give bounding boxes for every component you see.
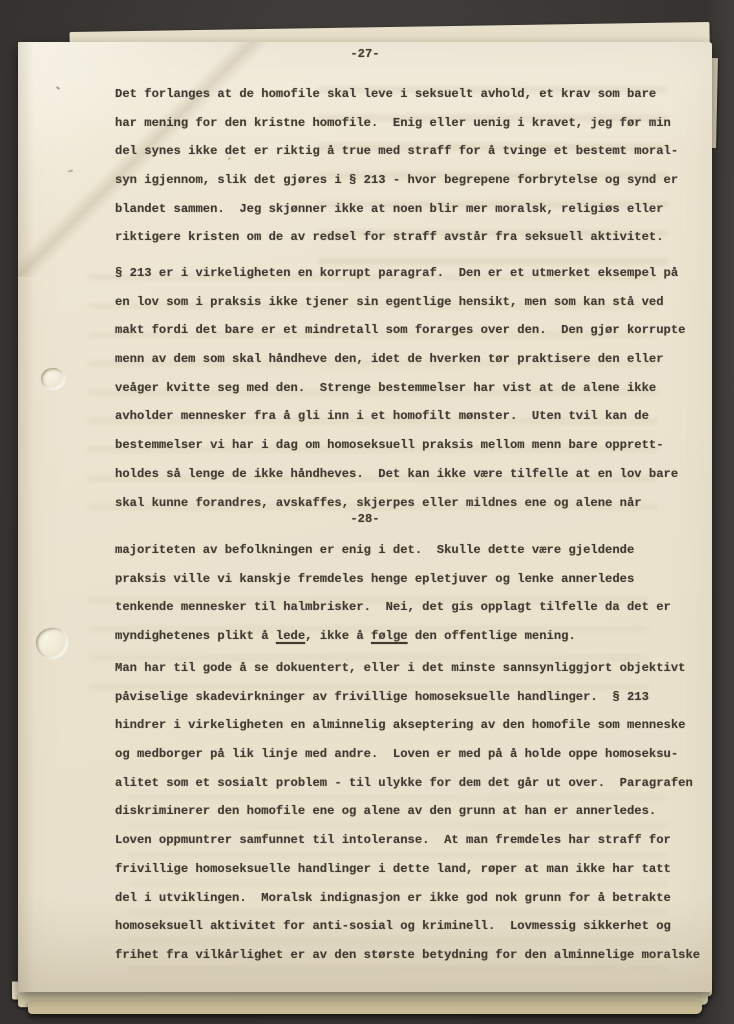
underlined-word: lede — [276, 629, 305, 643]
text-line: blandet sammen. Jeg skjønner ikke at noe… — [115, 195, 678, 224]
text-line: og medborger på lik linje med andre. Lov… — [115, 740, 700, 769]
paragraph-27-2: § 213 er i virkeligheten en korrupt para… — [115, 259, 685, 517]
text-line: Det forlanges at de homofile skal leve i… — [115, 80, 678, 109]
text-line: hindrer i virkeligheten en alminnelig ak… — [115, 711, 700, 740]
text-line: har mening for den kristne homofile. Eni… — [115, 109, 678, 138]
underlined-word: følge — [371, 629, 408, 643]
text-line: § 213 er i virkeligheten en korrupt para… — [115, 259, 685, 288]
punch-hole-top — [41, 368, 64, 389]
paper-speck — [56, 86, 60, 90]
text-line: tenkende mennesker til halmbrisker. Nei,… — [115, 593, 671, 622]
text-line: veåger kvitte seg med den. Strenge beste… — [115, 374, 685, 403]
text-line: frihet fra vilkårlighet er av den størst… — [115, 941, 700, 970]
paragraph-27-1: Det forlanges at de homofile skal leve i… — [115, 80, 678, 252]
text-line: diskriminerer den homofile ene og alene … — [115, 797, 700, 826]
text-line: del synes ikke det er riktig å true med … — [115, 137, 678, 166]
text-line: majoriteten av befolkningen er enig i de… — [115, 536, 671, 565]
text-line: bestemmelser vi har i dag om homoseksuel… — [115, 431, 685, 460]
text-line: alitet som et sosialt problem - til ulyk… — [115, 769, 700, 798]
text-line: praksis ville vi kanskje fremdeles henge… — [115, 565, 671, 594]
text-line: del i utviklingen. Moralsk indignasjon e… — [115, 884, 700, 913]
text-line: menn av dem som skal håndheve den, idet … — [115, 345, 685, 374]
text-line: en lov som i praksis ikke tjener sin ege… — [115, 288, 685, 317]
paper-speck — [68, 169, 73, 172]
paper-stack-sheet-bottom-3 — [28, 1001, 702, 1014]
text-line: riktigere kristen om de av redsel for st… — [115, 223, 678, 252]
text-line: makt fordi det bare er et mindretall som… — [115, 316, 685, 345]
text-line: påviselige skadevirkninger av frivillige… — [115, 683, 700, 712]
text-line: Loven oppmuntrer samfunnet til intoleran… — [115, 826, 700, 855]
punch-hole-bottom — [33, 625, 70, 661]
page-number-27: -27- — [18, 47, 712, 61]
text-line: avholder mennesker fra å gli inn i et ho… — [115, 402, 685, 431]
text-line: syn igjennom, slik det gjøres i § 213 - … — [115, 166, 678, 195]
paragraph-28-1: majoriteten av befolkningen er enig i de… — [115, 536, 671, 651]
text-line: Man har til gode å se dokuentert, eller … — [115, 654, 700, 683]
text-line: frivillige homoseksuelle handlinger i de… — [115, 855, 700, 884]
paragraph-28-2: Man har til gode å se dokuentert, eller … — [115, 654, 700, 970]
text-line: holdes så lenge de ikke håndheves. Det k… — [115, 460, 685, 489]
page-number-28: -28- — [18, 512, 712, 526]
text-line: homoseksuell aktivitet for anti-sosial o… — [115, 912, 700, 941]
text-line: myndighetenes plikt å lede, ikke å følge… — [115, 622, 671, 651]
scanned-page: -27- Det forlanges at de homofile skal l… — [18, 42, 712, 992]
